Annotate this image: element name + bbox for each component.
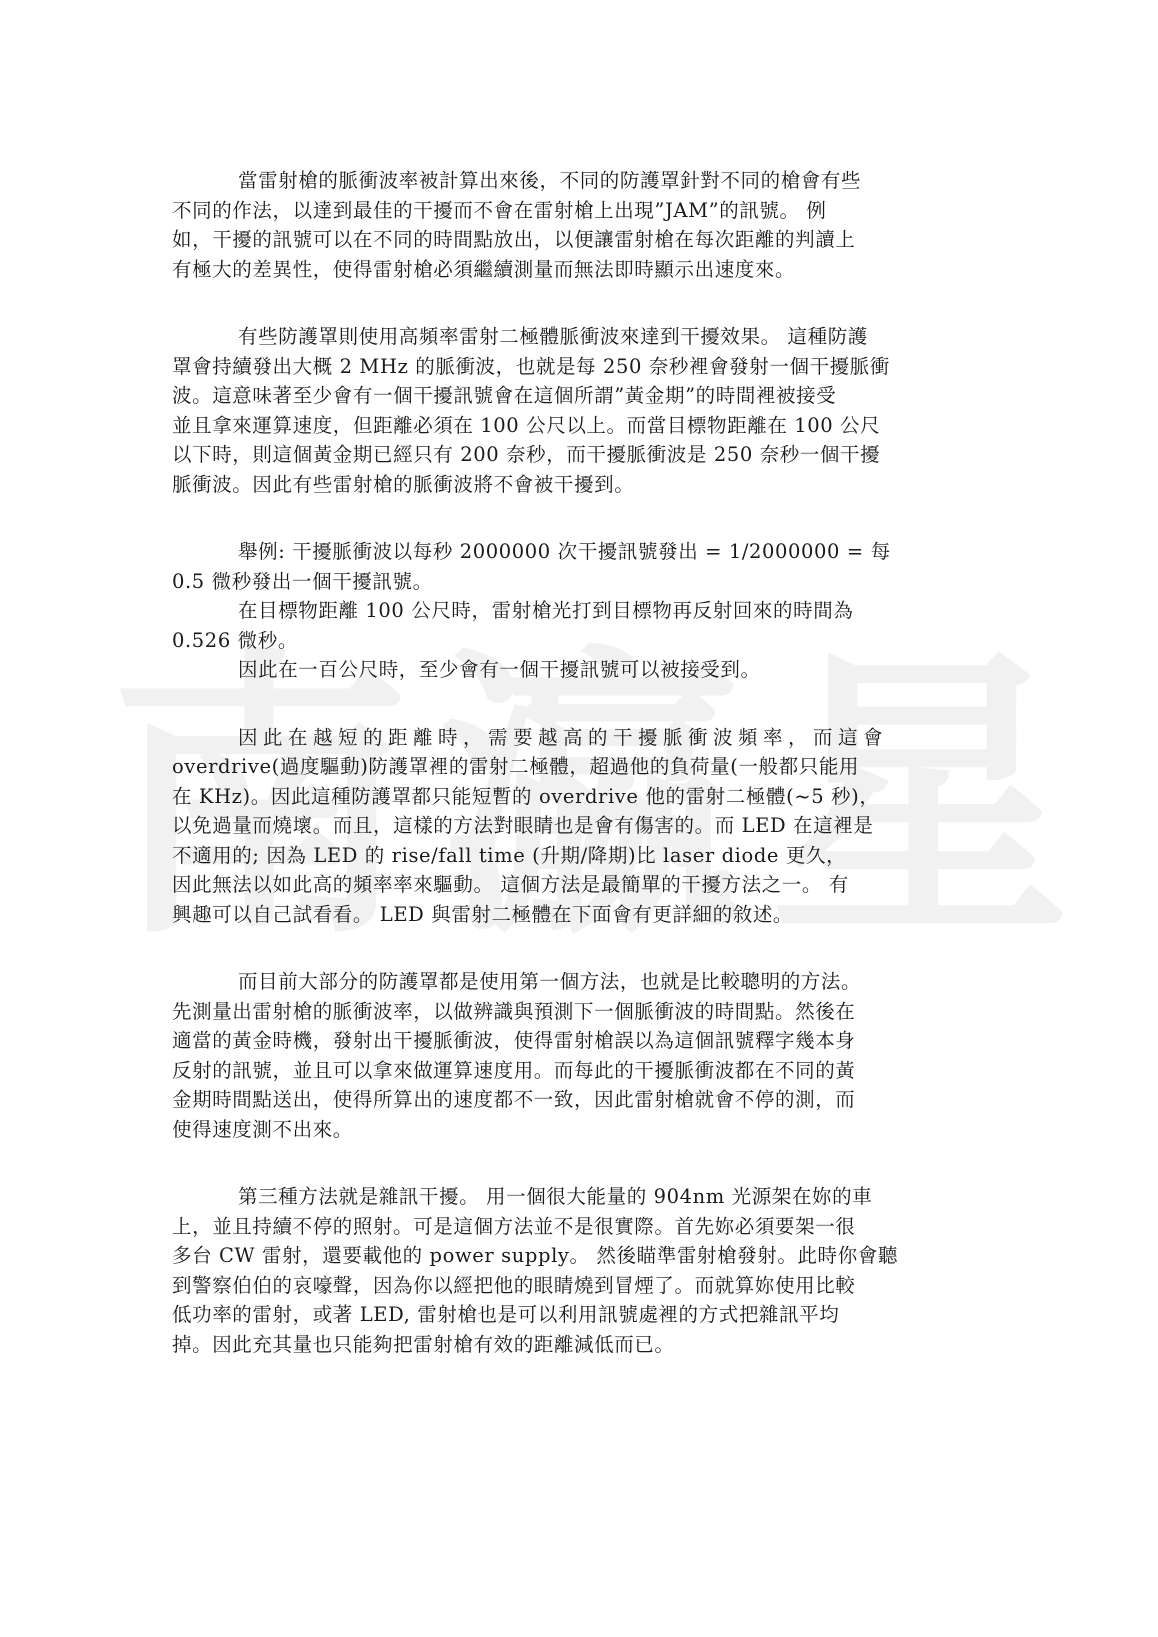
paragraph-jamming-intro: 當雷射槍的脈衝波率被計算出來後，不同的防護罩針對不同的槍會有些 不同的作法，以達… (172, 166, 962, 284)
text-line: 因此無法以如此高的頻率率來驅動。 這個方法是最簡單的干擾方法之一。 有 (172, 870, 962, 900)
text-line: 有些防護罩則使用高頻率雷射二極體脈衝波來達到干擾效果。 這種防護 (172, 322, 962, 352)
text-line: 適當的黃金時機，發射出干擾脈衝波，使得雷射槍誤以為這個訊號釋字幾本身 (172, 1026, 962, 1056)
text-line: 以免過量而燒壞。而且，這樣的方法對眼睛也是會有傷害的。而 LED 在這裡是 (172, 811, 962, 841)
paragraph-noise-jamming: 第三種方法就是雜訊干擾。 用一個很大能量的 904nm 光源架在妳的車 上，並且… (172, 1182, 962, 1359)
text-line: 使得速度測不出來。 (172, 1115, 962, 1145)
text-line: 興趣可以自己試看看。 LED 與雷射二極體在下面會有更詳細的敘述。 (172, 900, 962, 930)
paragraph-spacer (172, 685, 962, 723)
text-line: 波。這意味著至少會有一個干擾訊號會在這個所謂”黃金期”的時間裡被接受 (172, 381, 962, 411)
text-line: 在目標物距離 100 公尺時，雷射槍光打到目標物再反射回來的時間為 (172, 596, 962, 626)
text-line: overdrive(過度驅動)防護罩裡的雷射二極體，超過他的負荷量(一般都只能用 (172, 752, 962, 782)
paragraph-smart-method: 而目前大部分的防護罩都是使用第一個方法，也就是比較聰明的方法。 先測量出雷射槍的… (172, 967, 962, 1144)
paragraph-overdrive: 因此在越短的距離時，需要越高的干擾脈衝波頻率，而這會 overdrive(過度驅… (172, 723, 962, 930)
text-line: 不適用的; 因為 LED 的 rise/fall time (升期/降期)比 l… (172, 841, 962, 871)
text-line: 因此在一百公尺時，至少會有一個干擾訊號可以被接受到。 (172, 655, 962, 685)
paragraph-spacer (172, 499, 962, 537)
text-line: 先測量出雷射槍的脈衝波率，以做辨識與預測下一個脈衝波的時間點。然後在 (172, 997, 962, 1027)
text-line: 以下時，則這個黃金期已經只有 200 奈秒，而干擾脈衝波是 250 奈秒一個干擾 (172, 440, 962, 470)
text-line: 金期時間點送出，使得所算出的速度都不一致，因此雷射槍就會不停的測，而 (172, 1085, 962, 1115)
text-line: 不同的作法，以達到最佳的干擾而不會在雷射槍上出現”JAM”的訊號。 例 (172, 196, 962, 226)
text-line: 反射的訊號，並且可以拿來做運算速度用。而每此的干擾脈衝波都在不同的黃 (172, 1056, 962, 1086)
text-line: 而目前大部分的防護罩都是使用第一個方法，也就是比較聰明的方法。 (172, 967, 962, 997)
paragraph-spacer (172, 284, 962, 322)
text-line: 脈衝波。因此有些雷射槍的脈衝波將不會被干擾到。 (172, 470, 962, 500)
paragraph-conclusion: 因此在一百公尺時，至少會有一個干擾訊號可以被接受到。 (172, 655, 962, 685)
text-line: 當雷射槍的脈衝波率被計算出來後，不同的防護罩針對不同的槍會有些 (172, 166, 962, 196)
paragraph-spacer (172, 1144, 962, 1182)
paragraph-spacer (172, 929, 962, 967)
text-line: 因此在越短的距離時，需要越高的干擾脈衝波頻率，而這會 (172, 723, 962, 753)
paragraph-high-frequency: 有些防護罩則使用高頻率雷射二極體脈衝波來達到干擾效果。 這種防護 罩會持續發出大… (172, 322, 962, 499)
text-line: 0.5 微秒發出一個干擾訊號。 (172, 567, 962, 597)
text-line: 上，並且持續不停的照射。可是這個方法並不是很實際。首先妳必須要架一很 (172, 1212, 962, 1242)
text-line: 如，干擾的訊號可以在不同的時間點放出，以便讓雷射槍在每次距離的判讀上 (172, 225, 962, 255)
text-line: 多台 CW 雷射，還要載他的 power supply。 然後瞄準雷射槍發射。此… (172, 1241, 962, 1271)
paragraph-example: 舉例: 干擾脈衝波以每秒 2000000 次干擾訊號發出 = 1/2000000… (172, 537, 962, 596)
text-line: 0.526 微秒。 (172, 626, 962, 656)
text-line: 並且拿來運算速度，但距離必須在 100 公尺以上。而當目標物距離在 100 公尺 (172, 411, 962, 441)
text-line: 罩會持續發出大概 2 MHz 的脈衝波，也就是每 250 奈秒裡會發射一個干擾脈… (172, 352, 962, 382)
text-line: 低功率的雷射，或著 LED, 雷射槍也是可以利用訊號處裡的方式把雜訊平均 (172, 1300, 962, 1330)
text-line: 在 KHz)。因此這種防護罩都只能短暫的 overdrive 他的雷射二極體(~… (172, 782, 962, 812)
text-line: 掉。因此充其量也只能夠把雷射槍有效的距離減低而已。 (172, 1330, 962, 1360)
text-line: 有極大的差異性，使得雷射槍必須繼續測量而無法即時顯示出速度來。 (172, 255, 962, 285)
document-page: 當雷射槍的脈衝波率被計算出來後，不同的防護罩針對不同的槍會有些 不同的作法，以達… (172, 166, 962, 1359)
paragraph-distance: 在目標物距離 100 公尺時，雷射槍光打到目標物再反射回來的時間為 0.526 … (172, 596, 962, 655)
text-line: 第三種方法就是雜訊干擾。 用一個很大能量的 904nm 光源架在妳的車 (172, 1182, 962, 1212)
text-line: 到警察伯伯的哀嚎聲，因為你以經把他的眼睛燒到冒煙了。而就算妳使用比較 (172, 1271, 962, 1301)
text-line: 舉例: 干擾脈衝波以每秒 2000000 次干擾訊號發出 = 1/2000000… (172, 537, 962, 567)
